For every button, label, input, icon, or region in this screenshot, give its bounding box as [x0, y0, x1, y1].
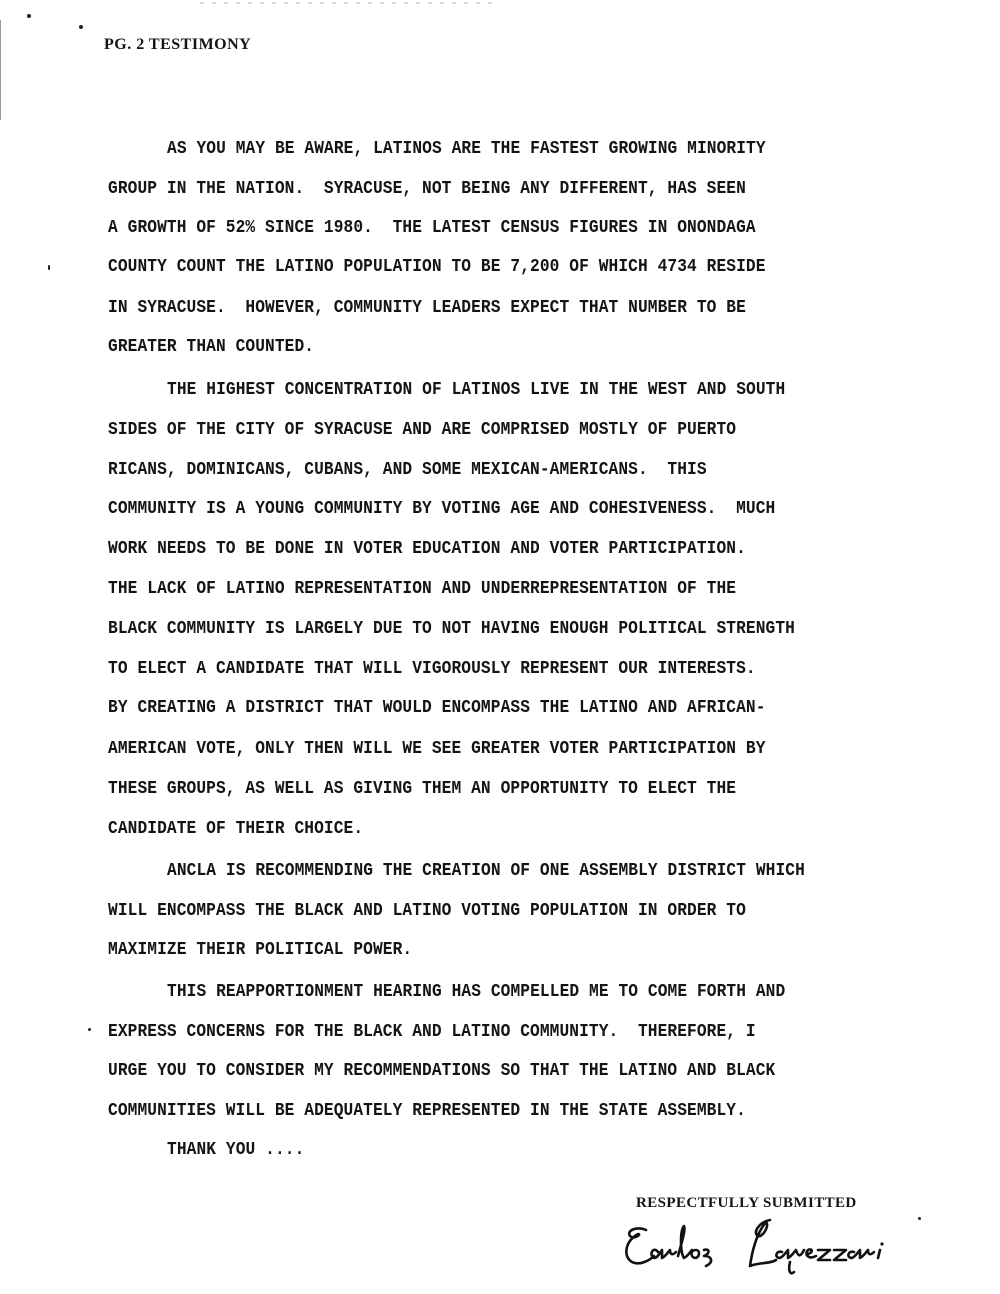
- scan-noise: [200, 2, 500, 4]
- text-line: WILL ENCOMPASS THE BLACK AND LATINO VOTI…: [108, 900, 746, 921]
- text-line: THE LACK OF LATINO REPRESENTATION AND UN…: [108, 578, 736, 599]
- page-header: PG. 2 TESTIMONY: [104, 36, 251, 54]
- text-line: BLACK COMMUNITY IS LARGELY DUE TO NOT HA…: [108, 618, 795, 639]
- text-line: THIS REAPPORTIONMENT HEARING HAS COMPELL…: [167, 981, 785, 1002]
- text-line: RICANS, DOMINICANS, CUBANS, AND SOME MEX…: [108, 459, 707, 480]
- scan-speck: [48, 265, 50, 270]
- scan-speck: [79, 25, 83, 29]
- text-line: COMMUNITY IS A YOUNG COMMUNITY BY VOTING…: [108, 498, 775, 519]
- text-line: COUNTY COUNT THE LATINO POPULATION TO BE…: [108, 256, 766, 277]
- scan-edge: [0, 20, 1, 120]
- text-line: MAXIMIZE THEIR POLITICAL POWER.: [108, 939, 412, 960]
- scan-speck: [88, 1028, 91, 1031]
- handwritten-signature: [620, 1212, 940, 1282]
- text-line: GREATER THAN COUNTED.: [108, 336, 314, 357]
- document-page: PG. 2 TESTIMONY AS YOU MAY BE AWARE, LAT…: [0, 0, 1000, 1294]
- text-line: URGE YOU TO CONSIDER MY RECOMMENDATIONS …: [108, 1060, 775, 1081]
- text-line: SIDES OF THE CITY OF SYRACUSE AND ARE CO…: [108, 419, 736, 440]
- text-line: BY CREATING A DISTRICT THAT WOULD ENCOMP…: [108, 697, 766, 718]
- scan-speck: [27, 14, 31, 18]
- text-line: THE HIGHEST CONCENTRATION OF LATINOS LIV…: [167, 379, 785, 400]
- text-line: IN SYRACUSE. HOWEVER, COMMUNITY LEADERS …: [108, 297, 746, 318]
- text-line: AMERICAN VOTE, ONLY THEN WILL WE SEE GRE…: [108, 738, 766, 759]
- closing-text: RESPECTFULLY SUBMITTED: [636, 1195, 857, 1212]
- text-line: THANK YOU ....: [167, 1139, 304, 1160]
- text-line: GROUP IN THE NATION. SYRACUSE, NOT BEING…: [108, 178, 746, 199]
- text-line: AS YOU MAY BE AWARE, LATINOS ARE THE FAS…: [167, 138, 766, 159]
- text-line: EXPRESS CONCERNS FOR THE BLACK AND LATIN…: [108, 1021, 756, 1042]
- text-line: A GROWTH OF 52% SINCE 1980. THE LATEST C…: [108, 217, 756, 238]
- text-line: TO ELECT A CANDIDATE THAT WILL VIGOROUSL…: [108, 658, 756, 679]
- text-line: ANCLA IS RECOMMENDING THE CREATION OF ON…: [167, 860, 805, 881]
- text-line: CANDIDATE OF THEIR CHOICE.: [108, 818, 363, 839]
- text-line: COMMUNITIES WILL BE ADEQUATELY REPRESENT…: [108, 1100, 746, 1121]
- text-line: THESE GROUPS, AS WELL AS GIVING THEM AN …: [108, 778, 736, 799]
- text-line: WORK NEEDS TO BE DONE IN VOTER EDUCATION…: [108, 538, 746, 559]
